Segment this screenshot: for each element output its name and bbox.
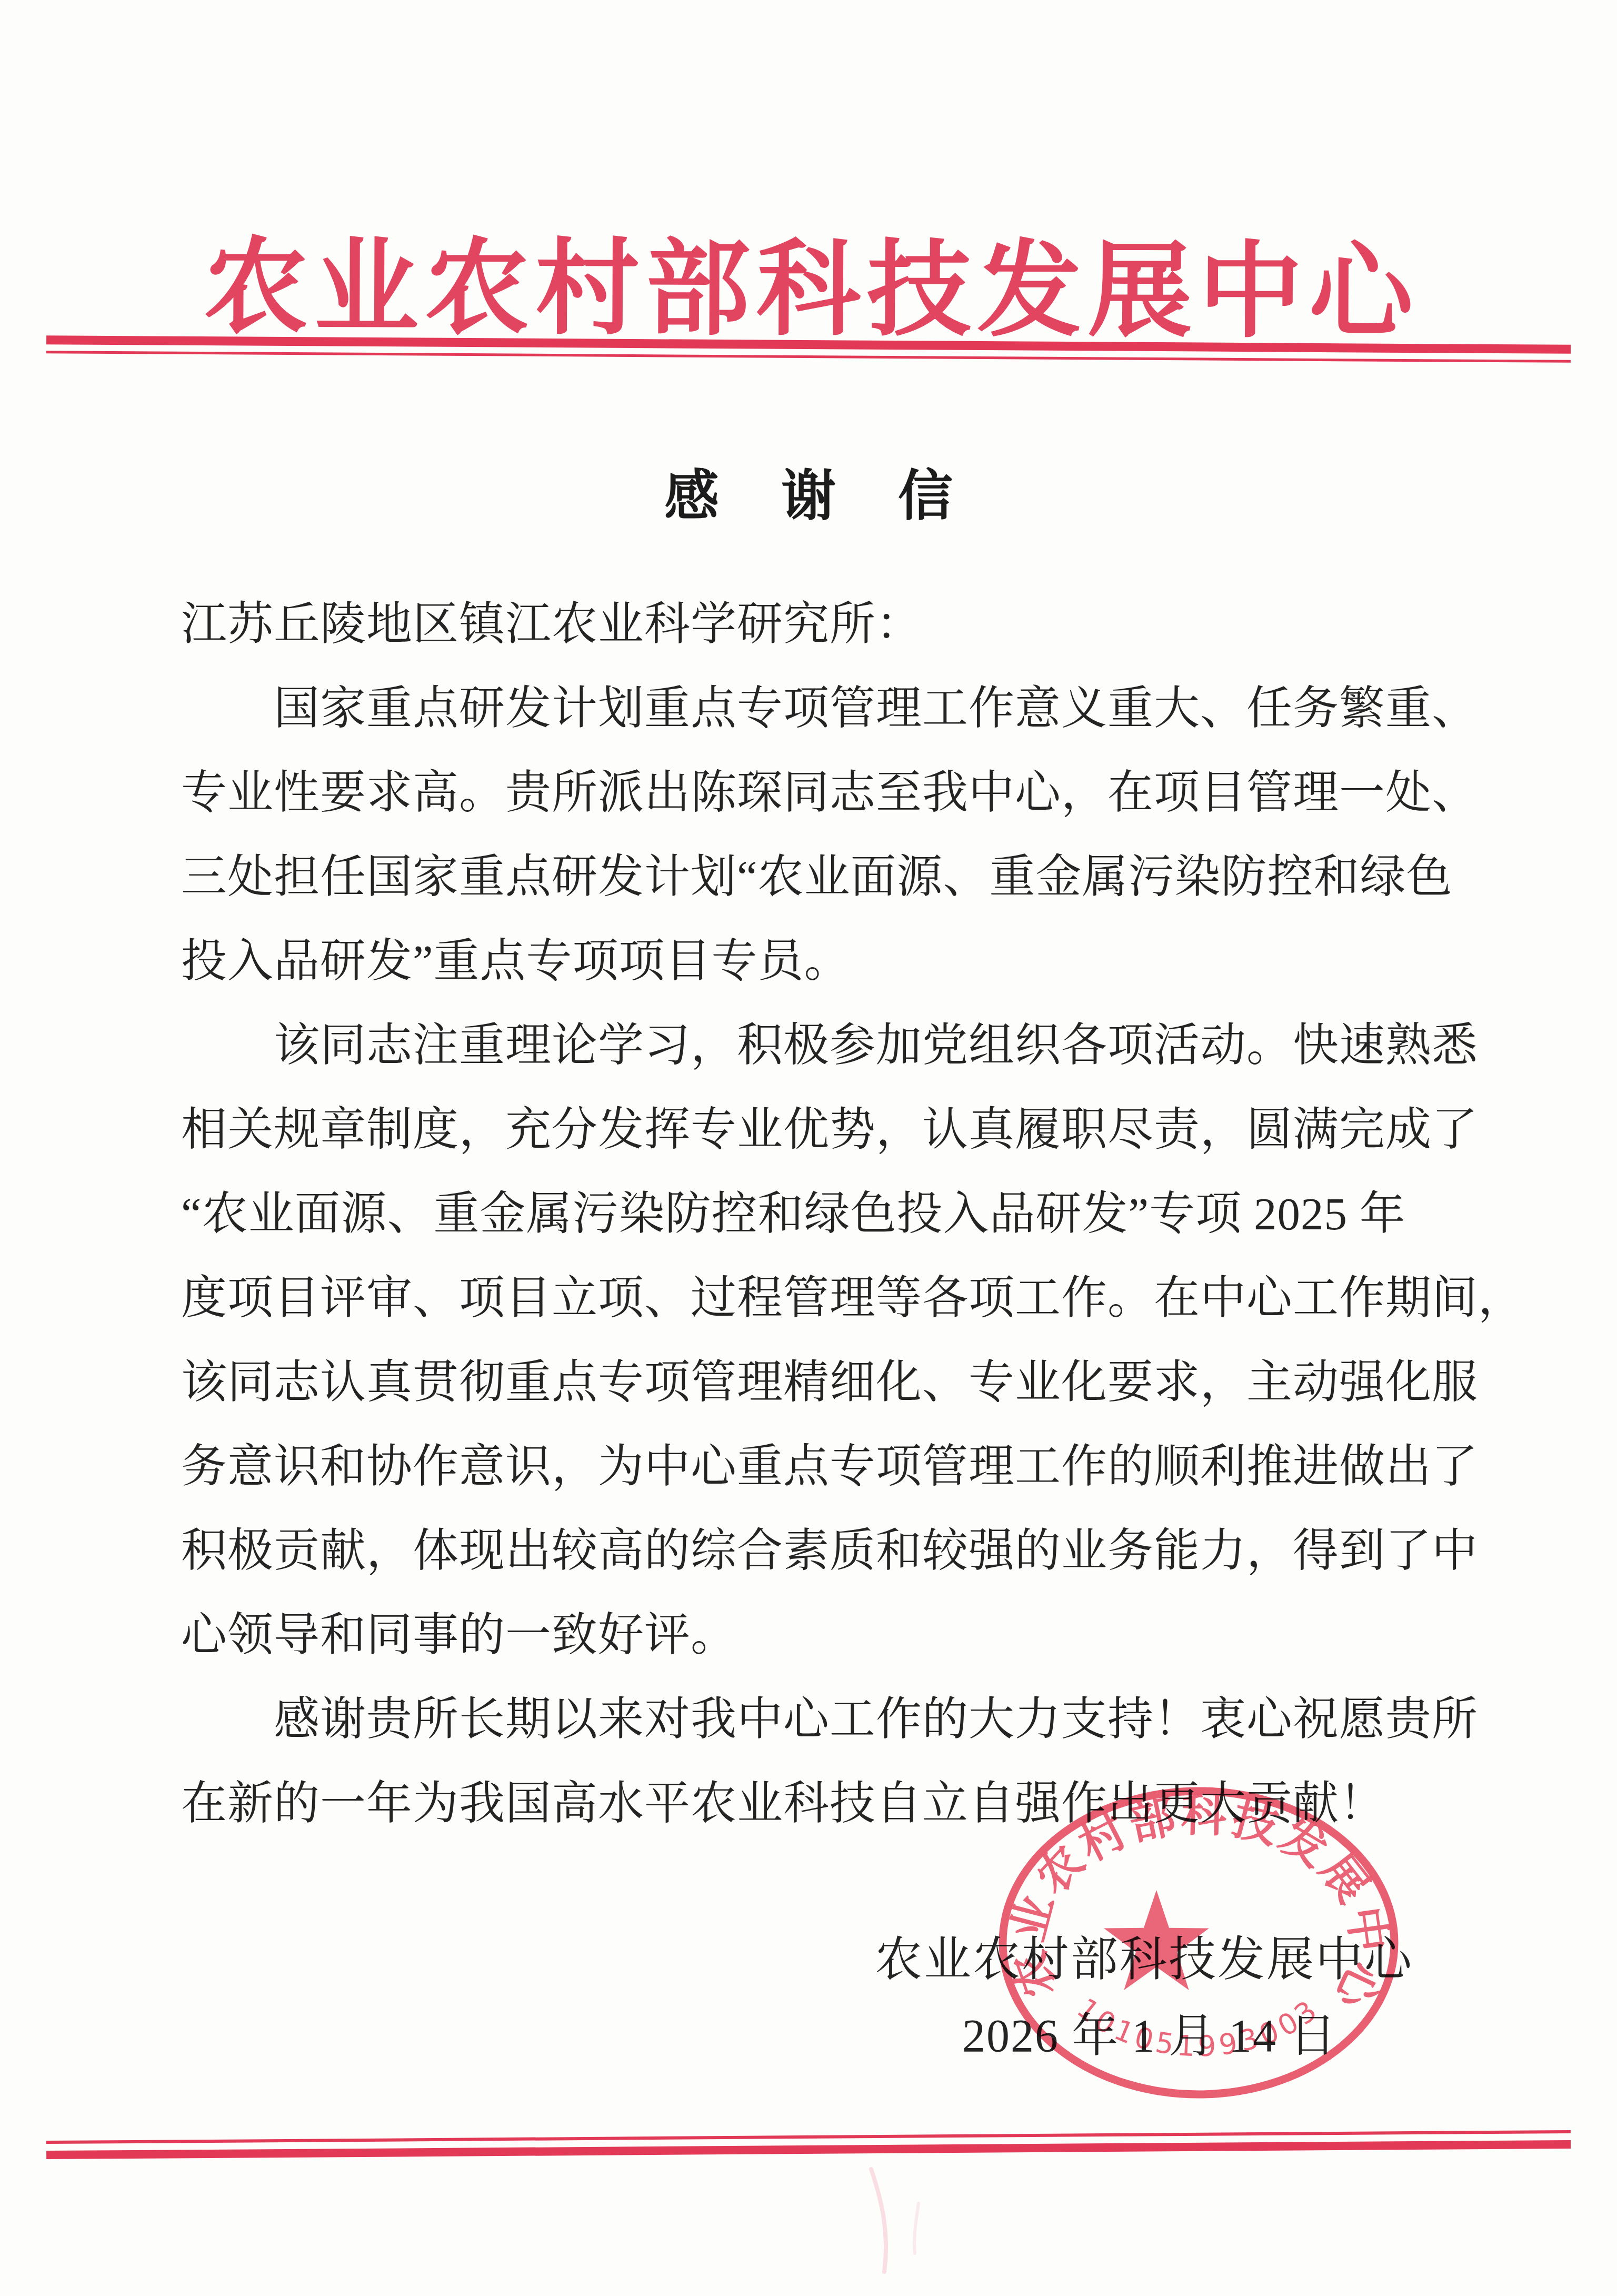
body-line: “农业面源、重金属污染防控和绿色投入品研发”专项 2025 年	[181, 1190, 1444, 1238]
svg-text:农业农村部科技发展中心: 农业农村部科技发展中心	[1003, 1790, 1395, 2018]
letter-page: 农业农村部科技发展中心 感 谢 信 江苏丘陵地区镇江农业科学研究所：国家重点研发…	[0, 0, 1617, 2296]
body-line: 务意识和协作意识，为中心重点专项管理工作的顺利推进做出了	[181, 1443, 1444, 1490]
body-line: 心领导和同事的一致好评。	[181, 1611, 1444, 1659]
body-line: 该同志认真贯彻重点专项管理精细化、专业化要求，主动强化服	[181, 1358, 1444, 1406]
footer-rule	[46, 2130, 1571, 2159]
body-line: 该同志注重理论学习，积极参加党组织各项活动。快速熟悉	[181, 1021, 1537, 1069]
letter-title: 感 谢 信	[0, 452, 1617, 531]
seal-ring-text: 农业农村部科技发展中心	[1003, 1790, 1395, 2018]
letterhead-rule-thin	[46, 351, 1571, 363]
star-icon	[1104, 1890, 1209, 1990]
seal-code: 101051993003	[1071, 1992, 1326, 2063]
body-line: 三处担任国家重点研发计划“农业面源、重金属污染防控和绿色	[181, 853, 1444, 901]
official-seal: 农业农村部科技发展中心 101051993003	[990, 1784, 1411, 2105]
body-line: 江苏丘陵地区镇江农业科学研究所：	[181, 600, 1444, 648]
body-line: 度项目评审、项目立项、过程管理等各项工作。在中心工作期间，	[181, 1274, 1444, 1322]
body-line: 专业性要求高。贵所派出陈琛同志至我中心，在项目管理一处、	[181, 769, 1444, 817]
body-line: 积极贡献，体现出较高的综合素质和较强的业务能力，得到了中	[181, 1527, 1444, 1575]
footer-rule-thick	[46, 2140, 1571, 2159]
body-line: 相关规章制度，充分发挥专业优势，认真履职尽责，圆满完成了	[181, 1106, 1444, 1154]
body-line: 国家重点研发计划重点专项管理工作意义重大、任务繁重、	[181, 684, 1537, 732]
ink-smudge	[821, 2153, 979, 2290]
body-line: 投入品研发”重点专项项目专员。	[181, 937, 1444, 985]
body-line: 感谢贵所长期以来对我中心工作的大力支持！衷心祝愿贵所	[181, 1695, 1537, 1743]
letterhead-org-name: 农业农村部科技发展中心	[0, 202, 1617, 359]
svg-text:101051993003: 101051993003	[1071, 1992, 1326, 2063]
